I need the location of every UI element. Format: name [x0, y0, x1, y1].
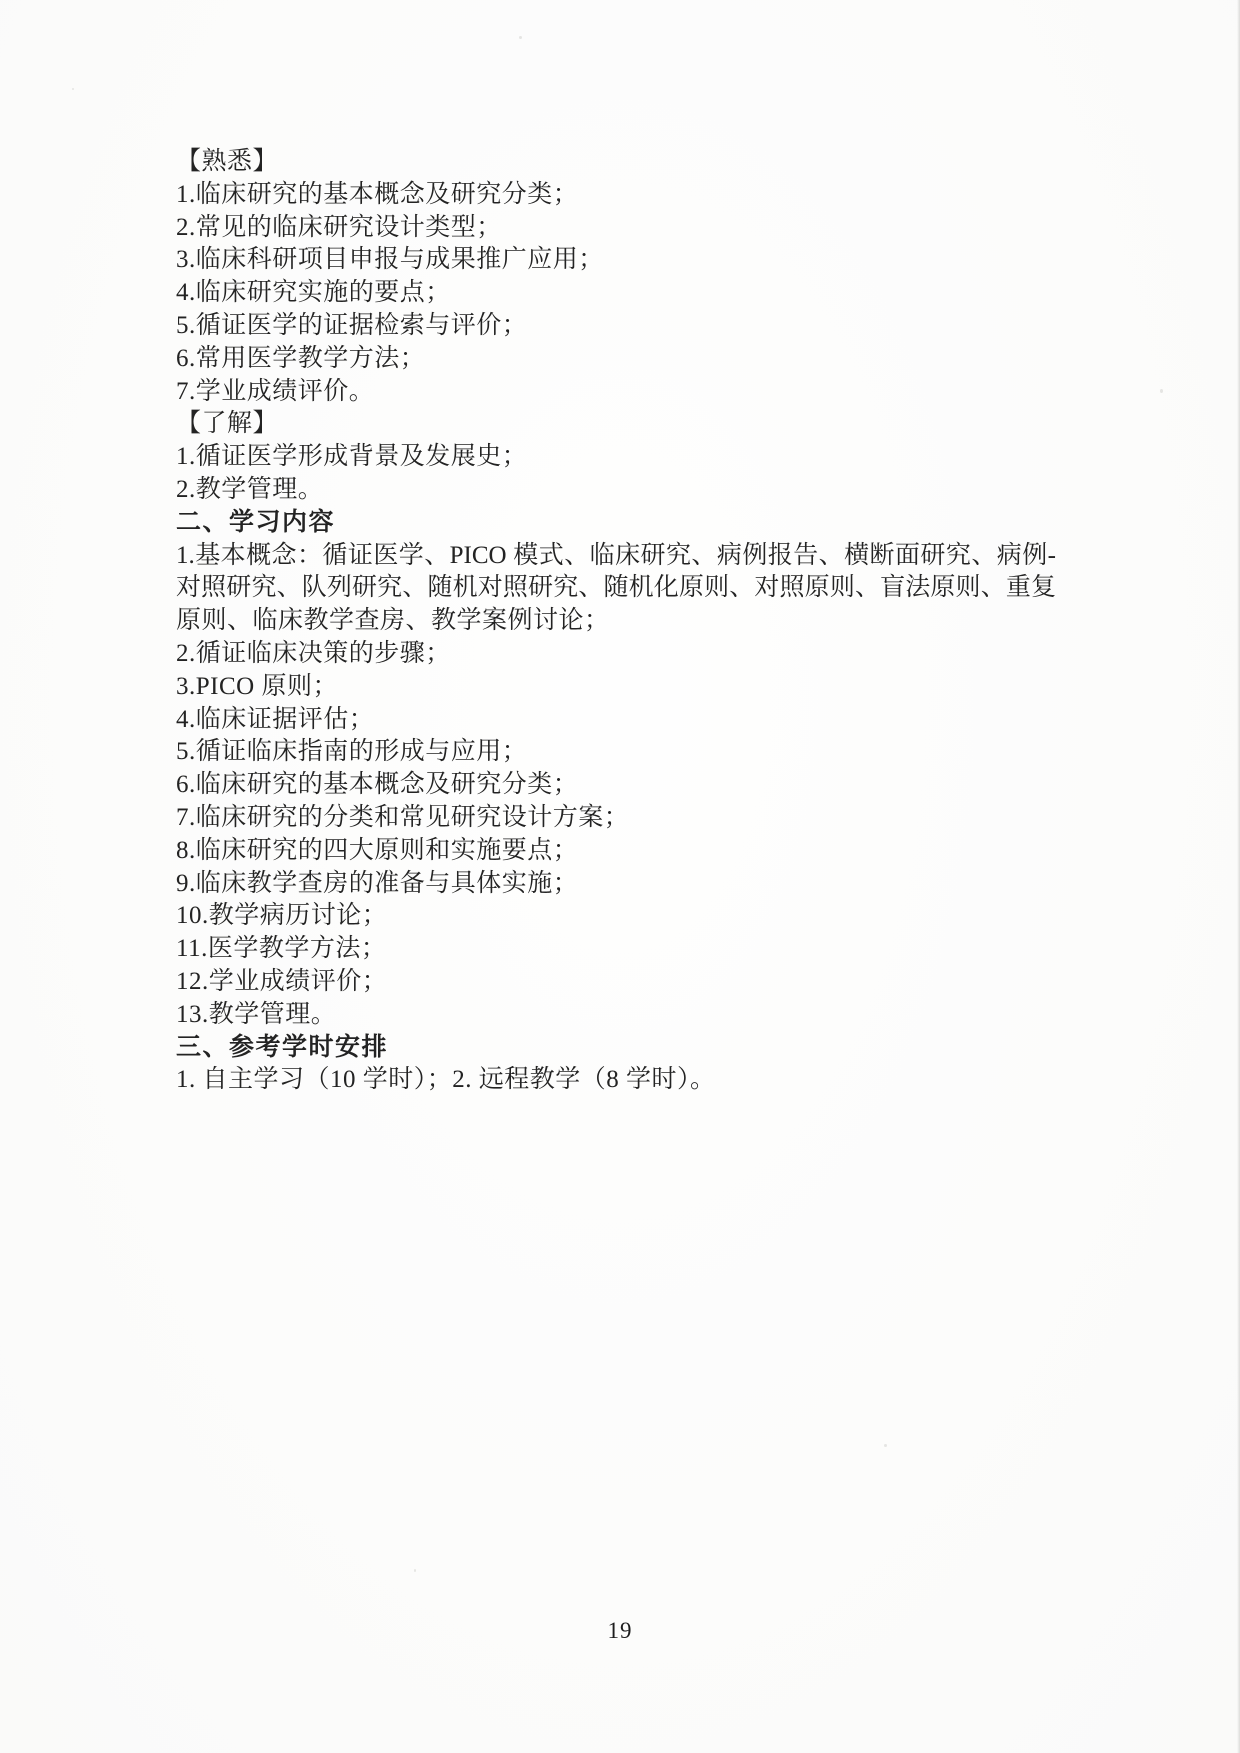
text-line: 4.临床证据评估； [176, 704, 1056, 737]
text-line: 5.循证医学的证据检索与评价； [176, 310, 1056, 343]
text-line: 原则、临床教学查房、教学案例讨论； [176, 605, 1056, 638]
text-line: 10.教学病历讨论； [176, 900, 1056, 933]
text-line: 7.临床研究的分类和常见研究设计方案； [176, 802, 1056, 835]
text-line: 2.循证临床决策的步骤； [176, 638, 1056, 671]
scan-speck [1160, 389, 1163, 393]
text-line: 13.教学管理。 [176, 999, 1056, 1032]
text-line: 1.循证医学形成背景及发展史； [176, 441, 1056, 474]
text-line: 6.常用医学教学方法； [176, 343, 1056, 376]
document-page: 【熟悉】1.临床研究的基本概念及研究分类；2.常见的临床研究设计类型；3.临床科… [0, 0, 1240, 1753]
text-line: 【了解】 [176, 408, 1056, 441]
text-line: 3.临床科研项目申报与成果推广应用； [176, 244, 1056, 277]
text-line: 4.临床研究实施的要点； [176, 277, 1056, 310]
section-heading: 三、参考学时安排 [176, 1032, 1056, 1065]
text-line: 7.学业成绩评价。 [176, 376, 1056, 409]
text-line: 【熟悉】 [176, 146, 1056, 179]
text-line: 5.循证临床指南的形成与应用； [176, 736, 1056, 769]
text-line: 对照研究、队列研究、随机对照研究、随机化原则、对照原则、盲法原则、重复 [176, 572, 1056, 605]
scan-speck [884, 1444, 887, 1447]
text-line: 11.医学教学方法； [176, 933, 1056, 966]
page-number: 19 [0, 1618, 1240, 1644]
text-line: 1.基本概念：循证医学、PICO 模式、临床研究、病例报告、横断面研究、病例- [176, 540, 1056, 573]
body-text: 【熟悉】1.临床研究的基本概念及研究分类；2.常见的临床研究设计类型；3.临床科… [176, 146, 1056, 1097]
section-heading: 二、学习内容 [176, 507, 1056, 540]
text-line: 12.学业成绩评价； [176, 966, 1056, 999]
text-line: 8.临床研究的四大原则和实施要点； [176, 835, 1056, 868]
text-line: 2.教学管理。 [176, 474, 1056, 507]
scan-speck [414, 1569, 416, 1572]
text-line: 3.PICO 原则； [176, 671, 1056, 704]
text-line: 6.临床研究的基本概念及研究分类； [176, 769, 1056, 802]
text-line: 2.常见的临床研究设计类型； [176, 212, 1056, 245]
text-line: 9.临床教学查房的准备与具体实施； [176, 868, 1056, 901]
text-line: 1.临床研究的基本概念及研究分类； [176, 179, 1056, 212]
scan-speck [72, 88, 74, 90]
scan-speck [519, 36, 522, 39]
text-line: 1. 自主学习（10 学时）；2. 远程教学（8 学时）。 [176, 1064, 1056, 1097]
